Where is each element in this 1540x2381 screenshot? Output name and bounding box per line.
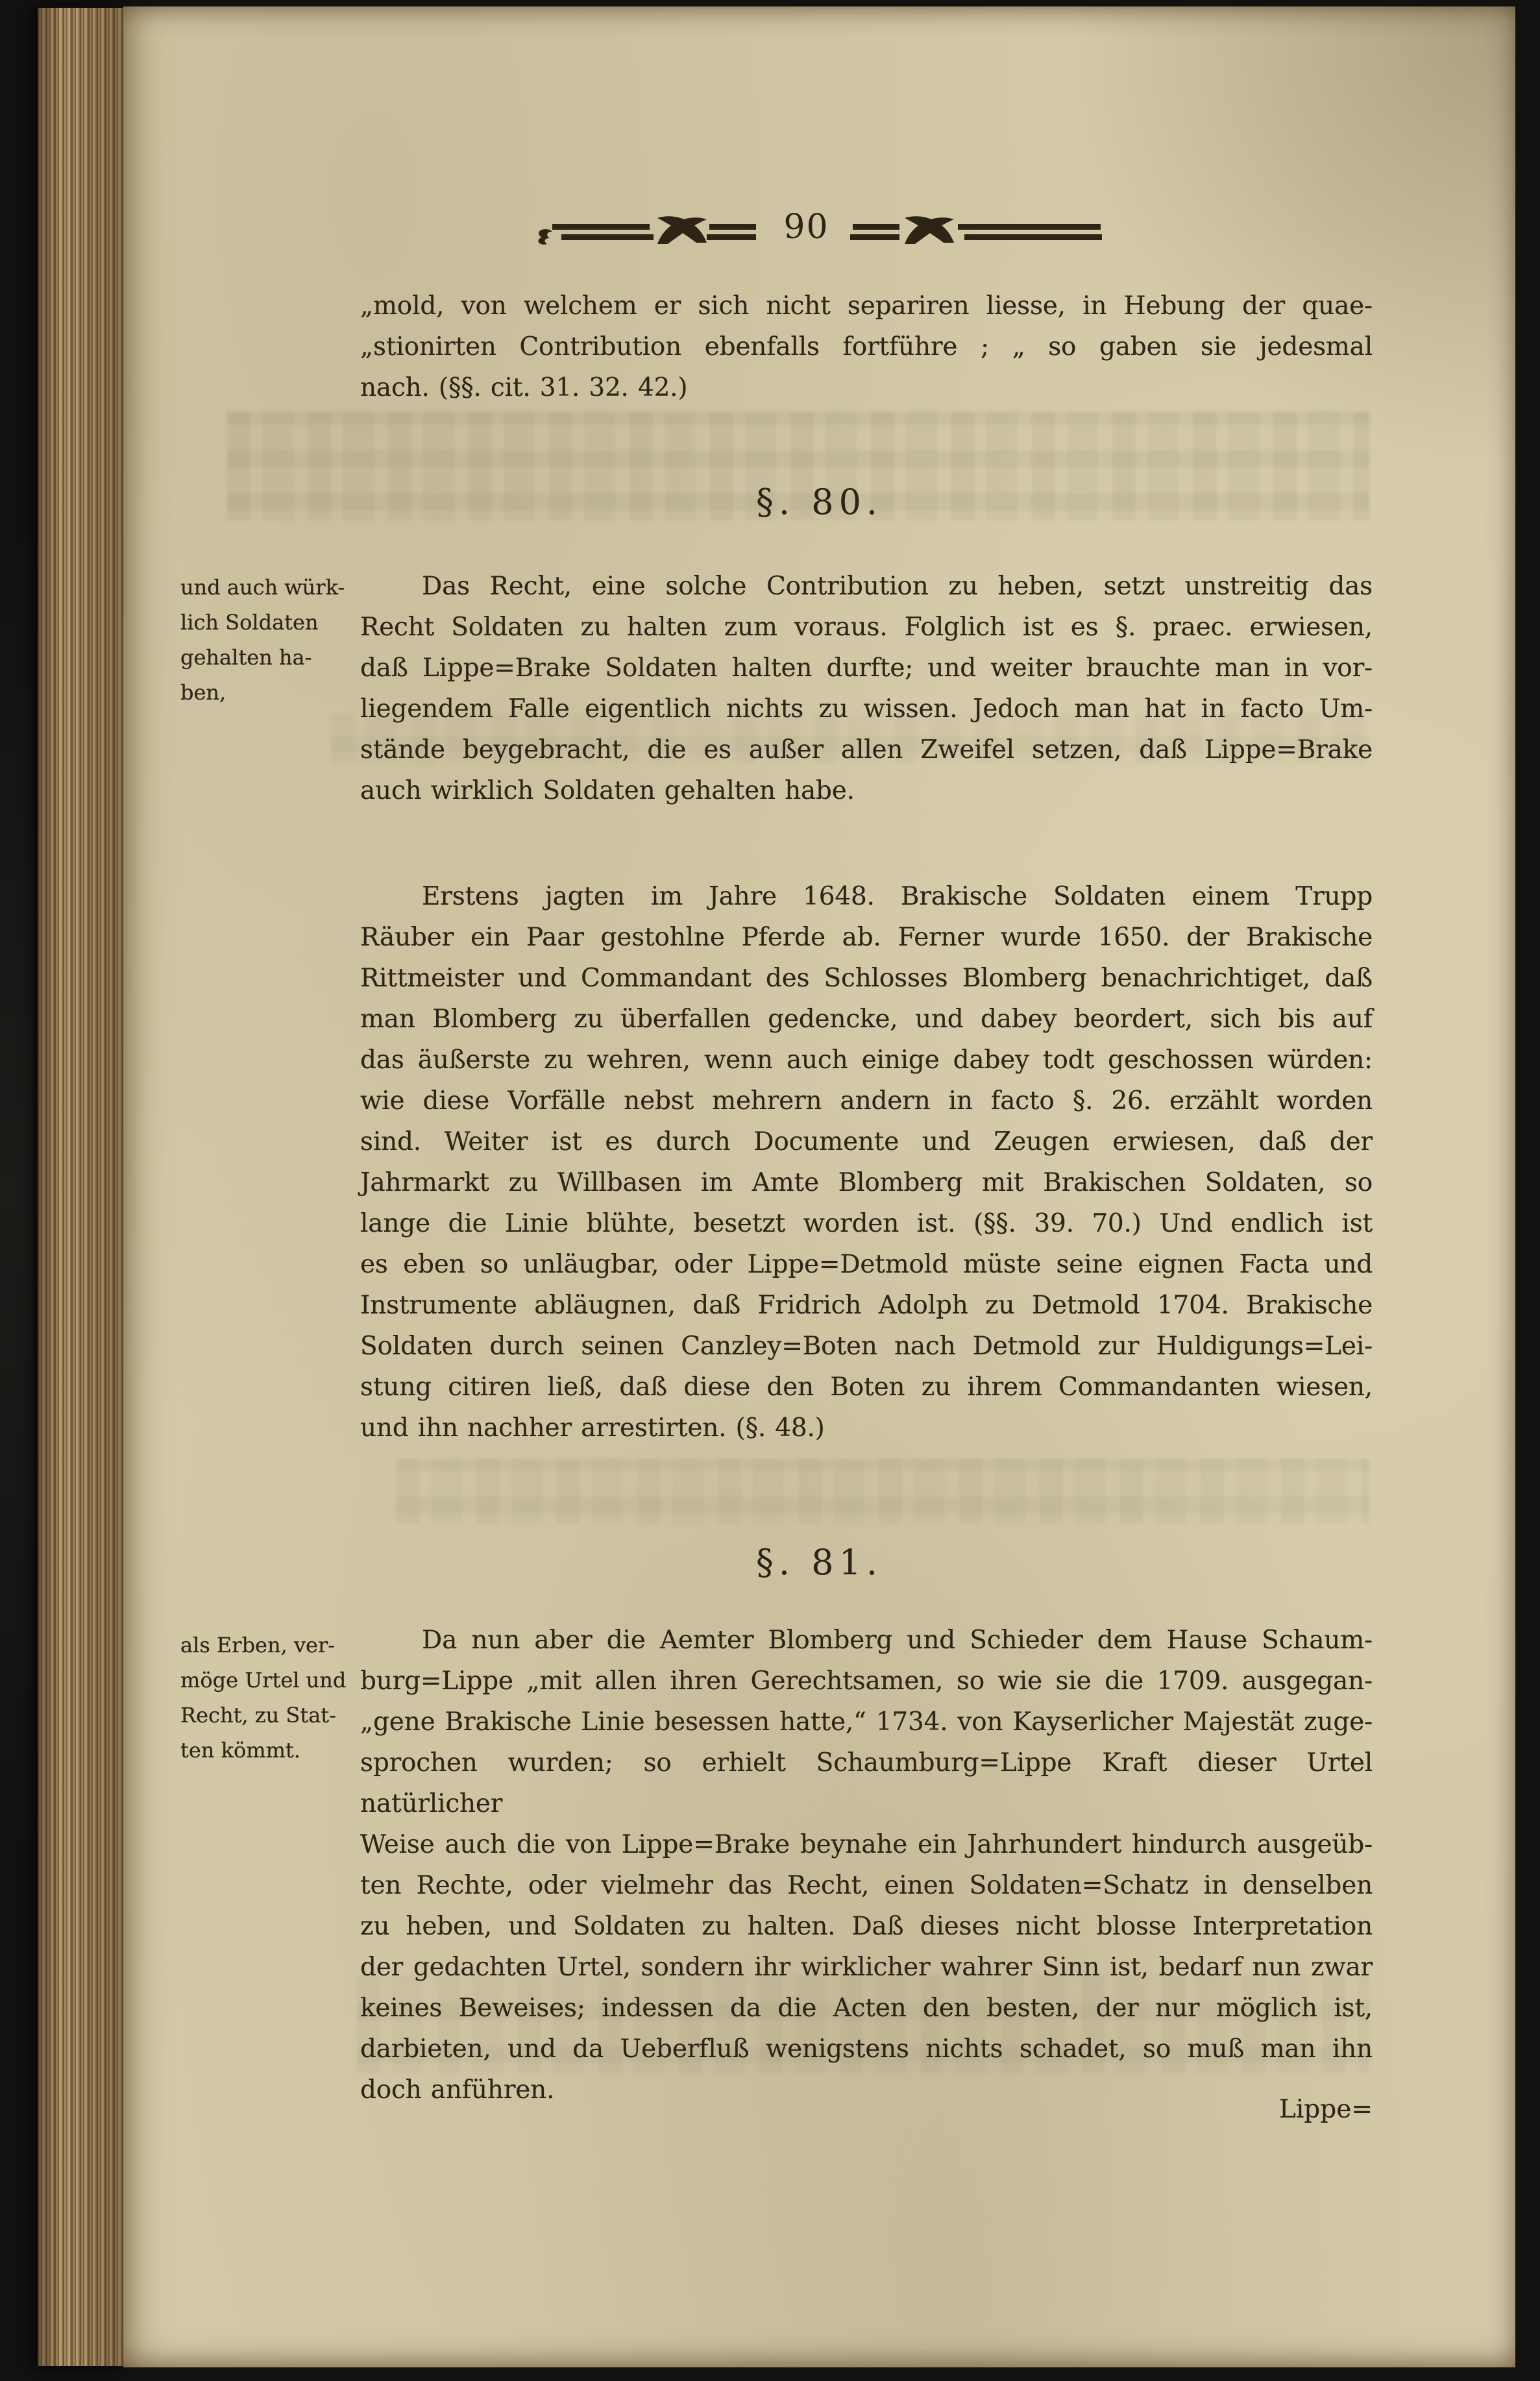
section-81-heading: §. 81. <box>123 1542 1515 1583</box>
opening-paragraph-justified: „mold, von welchem er sich nicht separir… <box>360 286 1373 367</box>
section-80-heading: §. 80. <box>123 482 1515 522</box>
header-ornament-right-icon <box>849 208 1108 247</box>
page-edge-stack <box>38 8 123 2366</box>
page-header: 90 <box>123 208 1515 247</box>
page-number: 90 <box>783 208 829 247</box>
paragraph-last-line: und ihn nachher arrestirten. (§. 48.) <box>360 1408 1373 1448</box>
margin-note-section-80: und auch würk- lich Soldaten gehalten ha… <box>180 570 367 710</box>
opening-paragraph-last-line: nach. (§§. cit. 31. 32. 42.) <box>360 367 1373 408</box>
section-80-paragraph-1: Das Recht, eine solche Contribution zu h… <box>360 566 1373 811</box>
bleed-through-band <box>357 1976 1369 2073</box>
bleed-through-band <box>396 1459 1369 1524</box>
catchword: Lippe= <box>360 2095 1373 2124</box>
section-80-paragraph-2: Erstens jagten im Jahre 1648. Brakische … <box>360 876 1373 1448</box>
paragraph-last-line: auch wirklich Soldaten gehalten habe. <box>360 770 1373 811</box>
header-ornament-left-icon <box>530 208 764 247</box>
bleed-through-band <box>331 714 1369 763</box>
paragraph-justified: Erstens jagten im Jahre 1648. Brakische … <box>360 876 1373 1408</box>
book-page: 90 „mold, von welchem er sich nicht sepa… <box>123 6 1515 2367</box>
opening-paragraph: „mold, von welchem er sich nicht separir… <box>360 286 1373 408</box>
margin-note-section-81: als Erben, ver- möge Urtel und Recht, zu… <box>180 1628 367 1768</box>
